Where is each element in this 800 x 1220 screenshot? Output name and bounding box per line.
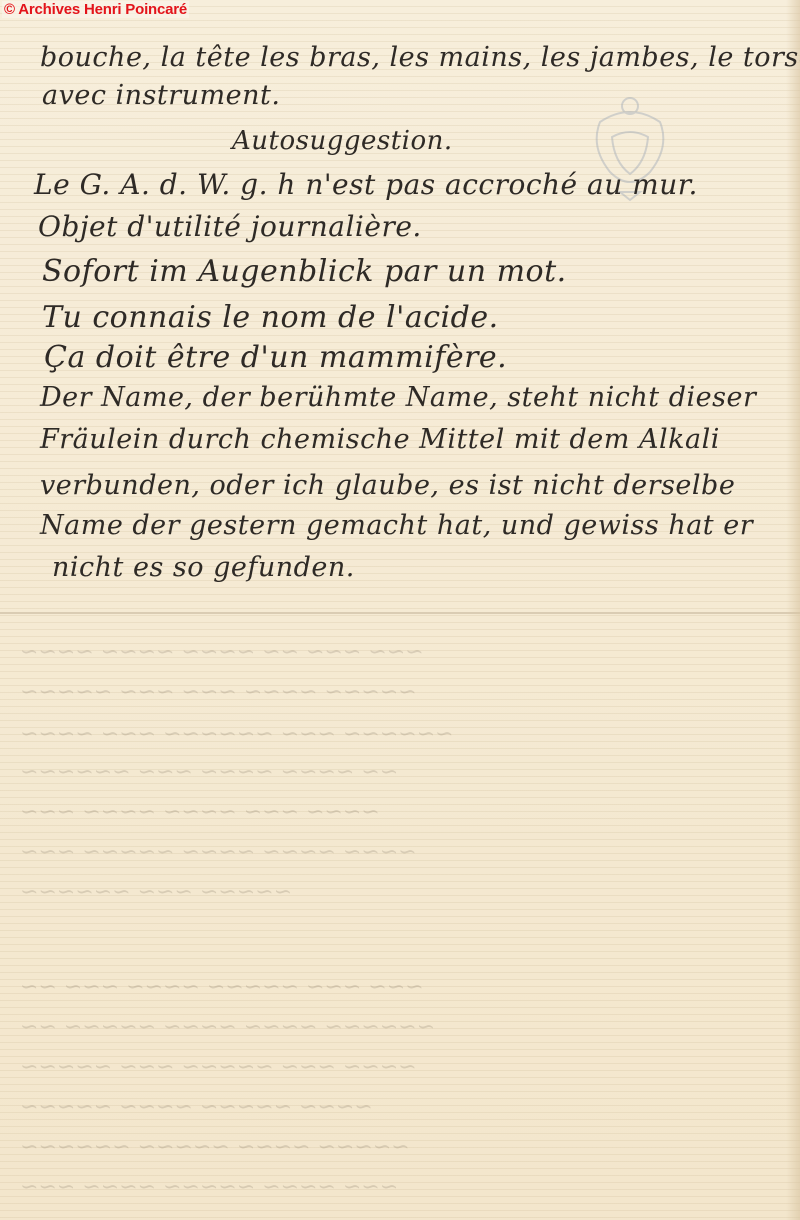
bleed-line: ~~~ ~~~ ~~~~~ ~~~~ ~~~ ~~	[20, 975, 424, 1000]
bleed-line: ~~~~ ~~~ ~~~~ ~~~~ ~~~	[20, 800, 380, 825]
handwritten-heading: Autosuggestion.	[232, 126, 453, 156]
bleed-line: ~~~~~ ~~~~ ~~~ ~~~ ~~~~~	[20, 680, 417, 705]
bleed-line: ~~~~ ~~~~~ ~~~~ ~~~~~	[20, 1095, 373, 1120]
handwritten-line: Ça doit être d'un mammifère.	[44, 340, 507, 375]
archive-copyright-watermark: © Archives Henri Poincaré	[2, 1, 189, 18]
handwritten-line: Sofort im Augenblick par un mot.	[42, 254, 567, 289]
handwritten-line: Der Name, der berühmte Name, steht nicht…	[40, 382, 756, 413]
handwritten-line: avec instrument.	[42, 80, 280, 111]
bleed-line: ~~~~~~ ~~~ ~~~~~~ ~~~ ~~~~	[20, 722, 454, 747]
bleed-line: ~~~~~~ ~~~~ ~~~~ ~~~~~ ~~	[20, 1015, 435, 1040]
bleed-line: ~~~~~ ~~~ ~~~~~~	[20, 880, 292, 905]
bleed-line: ~~~ ~~~ ~~ ~~~~ ~~~~ ~~~~	[20, 640, 424, 665]
handwritten-line: Fräulein durch chemische Mittel mit dem …	[40, 424, 720, 455]
handwritten-line: verbunden, oder ich glaube, es ist nicht…	[40, 470, 735, 501]
handwritten-line: Name der gestern gemacht hat, und gewiss…	[40, 510, 753, 541]
bleed-line: ~~ ~~~~ ~~~~ ~~~ ~~~~~~	[20, 760, 398, 785]
bleed-line: ~~~~ ~~~~ ~~~~ ~~~~~ ~~~	[20, 840, 417, 865]
paper-edge	[786, 0, 800, 1220]
bleed-line: ~~~~ ~~~ ~~~~~ ~~~ ~~~~~	[20, 1055, 417, 1080]
handwritten-line: Le G. A. d. W. g. h n'est pas accroché a…	[34, 168, 698, 201]
bleed-line: ~~~ ~~~~ ~~~~~ ~~~~ ~~~	[20, 1175, 398, 1200]
handwritten-line: Tu connais le nom de l'acide.	[42, 300, 499, 335]
handwritten-line: Objet d'utilité journalière.	[38, 210, 422, 243]
bleed-line: ~~~~~ ~~~~ ~~~~~ ~~~~~~	[20, 1135, 410, 1160]
handwritten-line: bouche, la tête les bras, les mains, les…	[40, 42, 800, 73]
paper-fold-line	[0, 612, 800, 614]
handwritten-line: nicht es so gefunden.	[52, 552, 355, 583]
